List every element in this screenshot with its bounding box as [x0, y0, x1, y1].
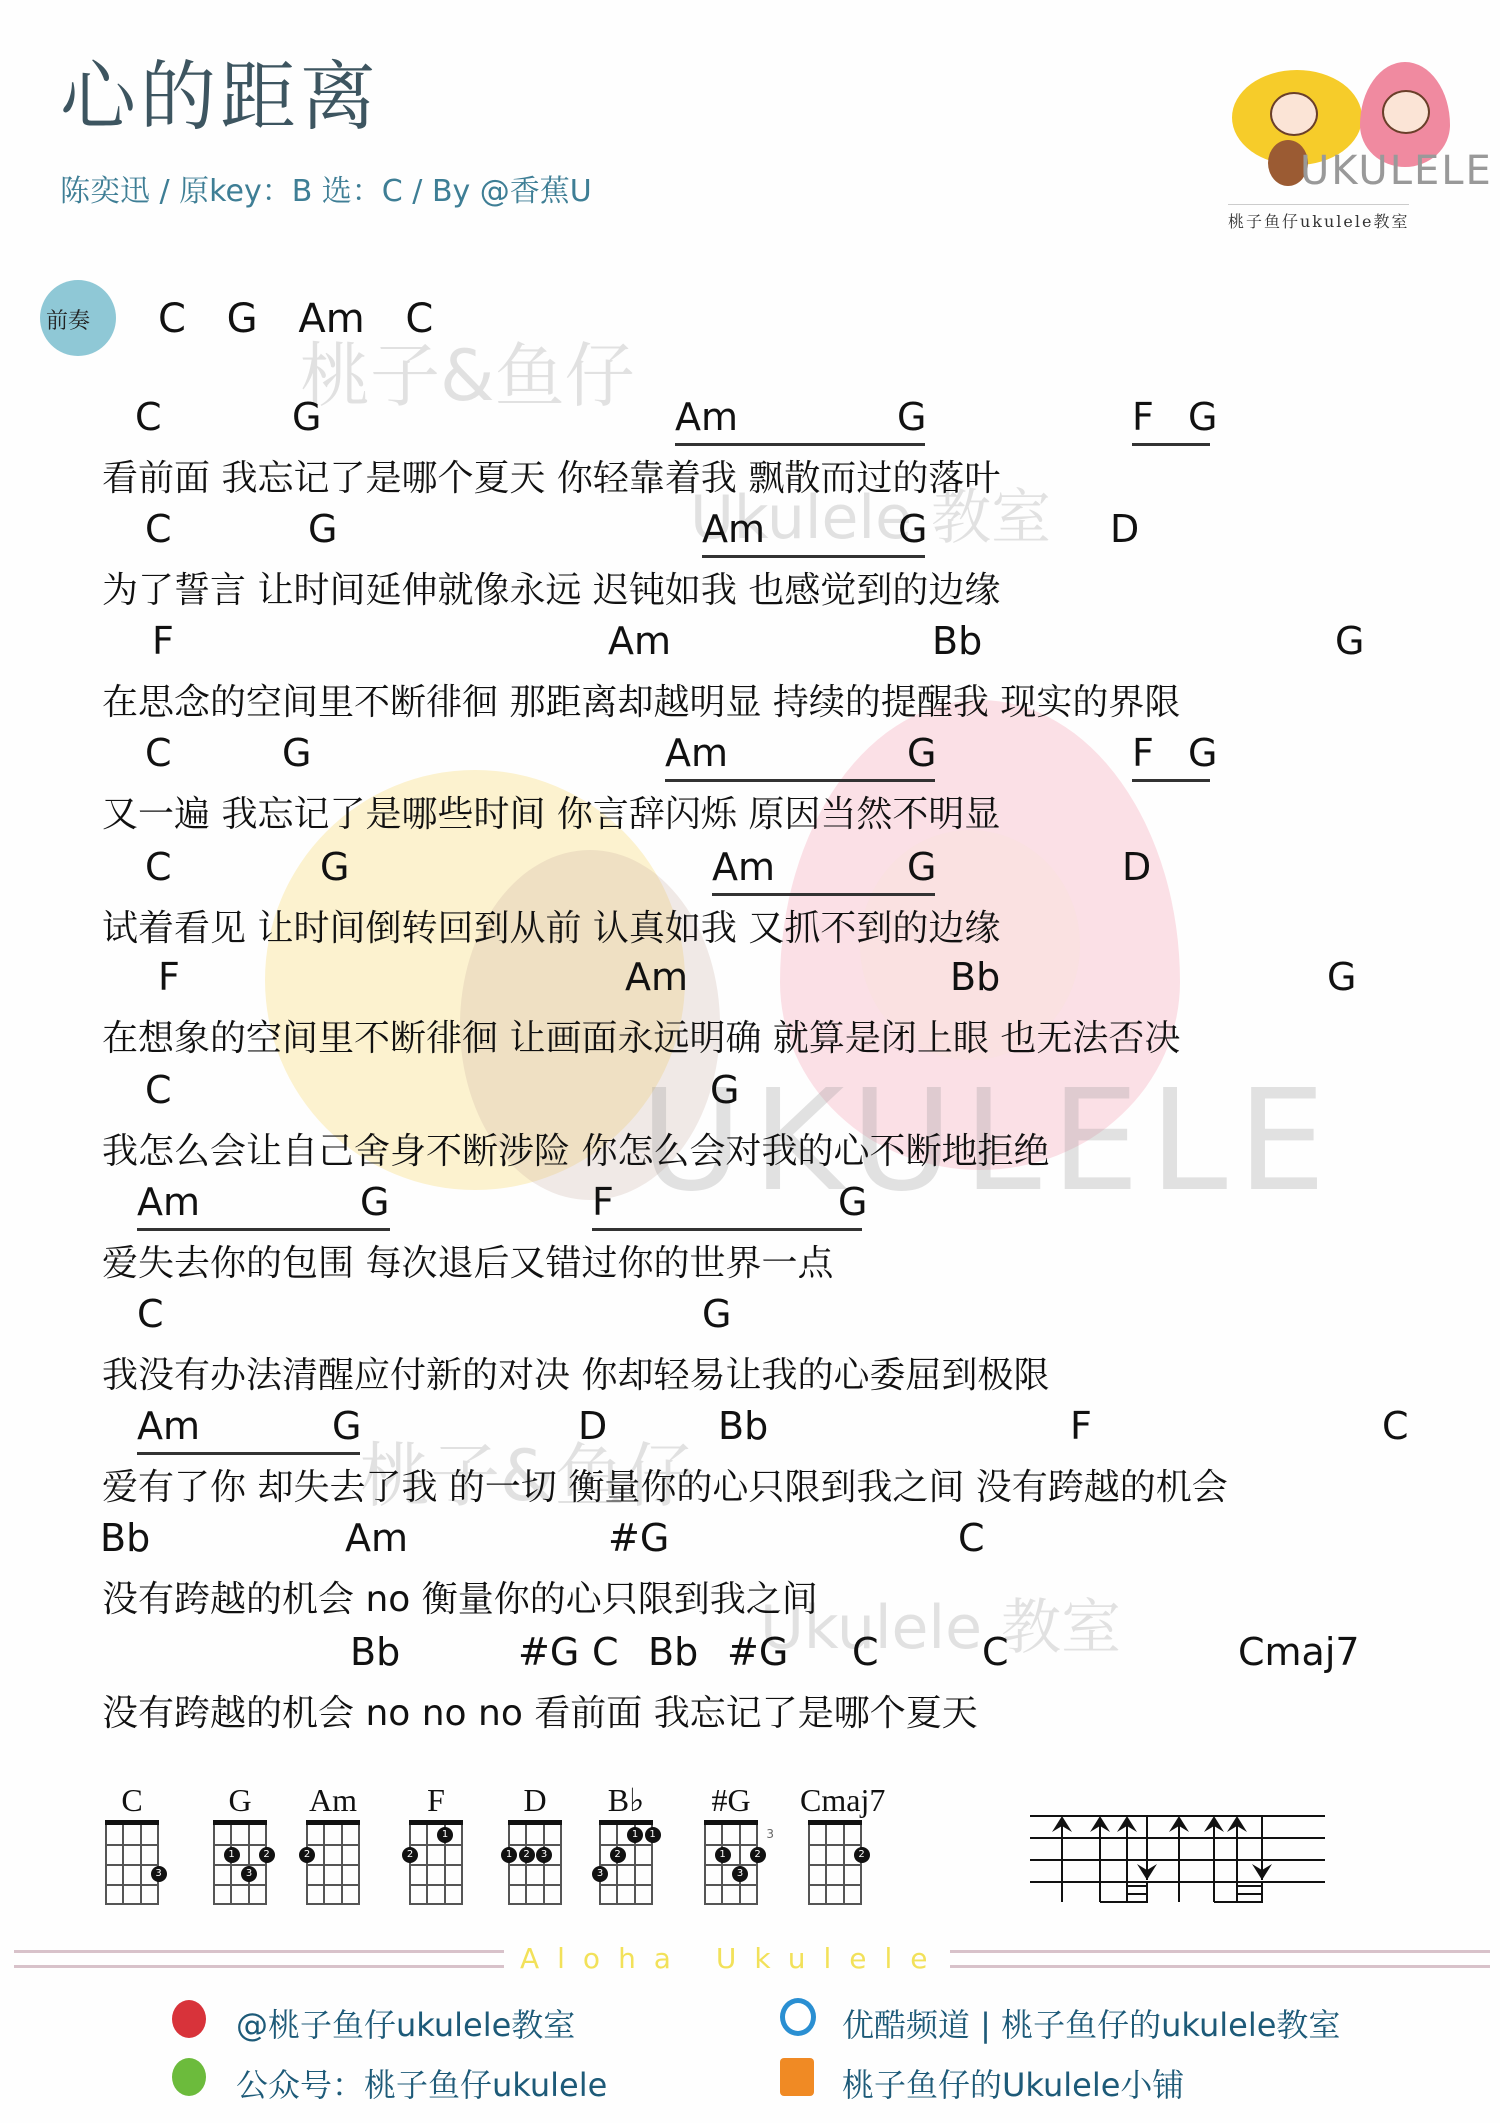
fretboard-grid: 2 — [808, 1820, 862, 1905]
chord-tie-underline — [1132, 779, 1210, 782]
chord-diagram: F12 — [401, 1782, 471, 1905]
chord-diagram: #G1233 — [696, 1782, 766, 1905]
chord-label: G — [1327, 955, 1356, 999]
finger-dot: 2 — [750, 1847, 766, 1863]
chord-label: Am — [137, 1404, 200, 1448]
chord-diagram-name: Am — [298, 1782, 368, 1818]
chord-label: C — [592, 1630, 619, 1674]
chord-label: C — [145, 1068, 172, 1112]
chord-tie-underline — [137, 1228, 390, 1231]
logo-boy-face-icon — [1382, 90, 1430, 134]
chord-label: D — [578, 1404, 607, 1448]
chord-tie-underline — [592, 1228, 862, 1231]
finger-dot: 1 — [437, 1827, 453, 1843]
chord-label: Am — [665, 731, 728, 775]
chord-label: #G — [518, 1630, 579, 1674]
wechat-icon — [172, 2058, 206, 2096]
finger-dot: 2 — [299, 1847, 315, 1863]
footer-link-wechat[interactable]: 公众号：桃子鱼仔ukulele — [236, 2060, 607, 2106]
chord-label: D — [1110, 507, 1139, 551]
chord-label: Am — [702, 507, 765, 551]
chord-label: Bb — [932, 619, 982, 663]
chord-label: Bb — [950, 955, 1000, 999]
finger-dot: 2 — [610, 1847, 626, 1863]
chord-label: C — [1382, 1404, 1409, 1448]
chord-label: Am — [608, 619, 671, 663]
chord-label: G — [702, 1292, 731, 1336]
chord-label: G — [838, 1180, 867, 1224]
chord-label: C — [852, 1630, 879, 1674]
chord-tie-underline — [712, 893, 935, 896]
fretboard-grid: 123 — [213, 1820, 267, 1905]
chord-label: G — [898, 507, 927, 551]
fretboard-grid: 1233 — [704, 1820, 758, 1905]
chord-label: Bb — [648, 1630, 698, 1674]
finger-dot: 1 — [501, 1847, 517, 1863]
chord-label: G — [1188, 395, 1217, 439]
chord-label: Am — [137, 1180, 200, 1224]
footer-divider-left-bottom — [14, 1965, 504, 1968]
chord-diagram: B♭1123 — [591, 1782, 661, 1905]
footer-link-taobao[interactable]: 桃子鱼仔的Ukulele小铺 — [842, 2060, 1184, 2106]
chord-label: Bb — [100, 1516, 150, 1560]
chord-label: C — [982, 1630, 1009, 1674]
lyric-line: 爱失去你的包围 每次退后又错过你的世界一点 — [102, 1235, 833, 1286]
chord-diagram-name: G — [205, 1782, 275, 1818]
chord-label: Am — [712, 845, 775, 889]
finger-dot: 3 — [241, 1866, 257, 1882]
chord-label: C — [145, 731, 172, 775]
finger-dot: 3 — [151, 1866, 167, 1882]
chord-label: Cmaj7 — [1238, 1630, 1360, 1674]
chord-diagram: Cmaj72 — [800, 1782, 870, 1905]
chord-label: Bb — [718, 1404, 768, 1448]
youku-icon — [780, 1998, 816, 2036]
chord-diagram: C3 — [97, 1782, 167, 1905]
chord-label: F — [158, 955, 180, 999]
finger-dot: 3 — [732, 1866, 748, 1882]
chord-label: G — [282, 731, 311, 775]
chord-tie-underline — [137, 1452, 360, 1455]
finger-dot: 3 — [536, 1847, 552, 1863]
fretboard-grid: 12 — [409, 1820, 463, 1905]
chord-diagram-name: B♭ — [591, 1782, 661, 1818]
finger-dot: 3 — [592, 1866, 608, 1882]
logo-girl-face-icon — [1270, 92, 1318, 136]
chord-label: F — [1070, 1404, 1092, 1448]
chord-label: F — [592, 1180, 614, 1224]
logo-wordmark: UKULELE — [1300, 148, 1493, 194]
chord-diagram-name: F — [401, 1782, 471, 1818]
chord-label: G — [320, 845, 349, 889]
chord-label: C — [137, 1292, 164, 1336]
song-title: 心的距离 — [60, 36, 380, 145]
chord-label: G — [907, 731, 936, 775]
chord-label: G — [308, 507, 337, 551]
chord-label: G — [710, 1068, 739, 1112]
chord-label: Am — [675, 395, 738, 439]
chord-diagram: Am2 — [298, 1782, 368, 1905]
finger-dot: 2 — [519, 1847, 535, 1863]
lyric-line: 试着看见 让时间倒转回到从前 认真如我 又抓不到的边缘 — [102, 900, 1000, 951]
footer-divider-right-top — [950, 1950, 1490, 1953]
footer-divider-right-bottom — [950, 1965, 1490, 1968]
lyric-line: 在思念的空间里不断徘徊 那距离却越明显 持续的提醒我 现实的界限 — [102, 674, 1180, 725]
chord-label: G — [332, 1404, 361, 1448]
chord-diagram: G123 — [205, 1782, 275, 1905]
finger-dot: 1 — [715, 1847, 731, 1863]
footer-link-youku[interactable]: 优酷频道 | 桃子鱼仔的ukulele教室 — [842, 2000, 1340, 2046]
taobao-icon — [780, 2058, 814, 2096]
lyric-line: 没有跨越的机会 no no no 看前面 我忘记了是哪个夏天 — [102, 1685, 978, 1736]
prelude-label: 前奏 — [46, 304, 90, 335]
chord-label: G — [907, 845, 936, 889]
chord-label: G — [1188, 731, 1217, 775]
chord-label: G — [360, 1180, 389, 1224]
chord-diagram-name: #G — [696, 1782, 766, 1818]
fretboard-grid: 123 — [508, 1820, 562, 1905]
footer-divider-left-top — [14, 1950, 504, 1953]
strum-pattern-diagram — [1030, 1810, 1325, 1910]
logo-caption: 桃子鱼仔ukulele教室 — [1228, 204, 1409, 232]
brand-logo: UKULELE 桃子鱼仔ukulele教室 — [1220, 30, 1460, 210]
chord-diagram: D123 — [500, 1782, 570, 1905]
chord-label: C — [135, 395, 162, 439]
chord-label: Am — [345, 1516, 408, 1560]
lyric-line: 爱有了你 却失去了我 的一切 衡量你的心只限到我之间 没有跨越的机会 — [102, 1459, 1228, 1510]
chord-label: G — [897, 395, 926, 439]
finger-dot: 2 — [259, 1847, 275, 1863]
lyric-line: 在想象的空间里不断徘徊 让画面永远明确 就算是闭上眼 也无法否决 — [102, 1010, 1180, 1061]
chord-tie-underline — [702, 555, 925, 558]
chord-label: G — [1335, 619, 1364, 663]
finger-dot: 2 — [402, 1847, 418, 1863]
finger-dot: 1 — [645, 1827, 661, 1843]
chord-label: #G — [727, 1630, 788, 1674]
fretboard-grid: 2 — [306, 1820, 360, 1905]
chord-diagram-name: C — [97, 1782, 167, 1818]
chord-tie-underline — [675, 443, 925, 446]
lyric-line: 为了誓言 让时间延伸就像永远 迟钝如我 也感觉到的边缘 — [102, 562, 1000, 613]
fretboard-grid: 3 — [105, 1820, 159, 1905]
chord-label: C — [145, 845, 172, 889]
lyric-line: 我没有办法清醒应付新的对决 你却轻易让我的心委屈到极限 — [102, 1347, 1049, 1398]
chord-tie-underline — [1132, 443, 1210, 446]
chord-label: Am — [625, 955, 688, 999]
fret-number-label: 3 — [766, 1827, 774, 1841]
chord-label: F — [152, 619, 174, 663]
chord-label: #G — [608, 1516, 669, 1560]
chord-label: Bb — [350, 1630, 400, 1674]
lyric-line: 看前面 我忘记了是哪个夏天 你轻靠着我 飘散而过的落叶 — [102, 450, 1000, 501]
chord-label: C — [145, 507, 172, 551]
prelude-chords: C G Am C — [158, 296, 433, 342]
chord-label: D — [1122, 845, 1151, 889]
finger-dot: 1 — [224, 1847, 240, 1863]
lyric-line: 又一遍 我忘记了是哪些时间 你言辞闪烁 原因当然不明显 — [102, 786, 1000, 837]
chord-tie-underline — [665, 779, 935, 782]
chord-label: F — [1132, 731, 1154, 775]
song-subtitle: 陈奕迅 / 原key：B 选：C / By @香蕉U — [60, 166, 592, 210]
footer-link-weibo[interactable]: @桃子鱼仔ukulele教室 — [236, 2000, 575, 2046]
footer-banner: Aloha Ukulele — [520, 1942, 945, 1975]
chord-label: F — [1132, 395, 1154, 439]
finger-dot: 1 — [627, 1827, 643, 1843]
finger-dot: 2 — [854, 1847, 870, 1863]
lyric-line: 我怎么会让自己舍身不断涉险 你怎么会对我的心不断地拒绝 — [102, 1123, 1049, 1174]
weibo-icon — [172, 2000, 206, 2038]
fretboard-grid: 1123 — [599, 1820, 653, 1905]
lyric-line: 没有跨越的机会 no 衡量你的心只限到我之间 — [102, 1571, 818, 1622]
chord-label: G — [292, 395, 321, 439]
chord-diagram-name: Cmaj7 — [800, 1782, 870, 1818]
chord-label: C — [958, 1516, 985, 1560]
chord-diagram-name: D — [500, 1782, 570, 1818]
